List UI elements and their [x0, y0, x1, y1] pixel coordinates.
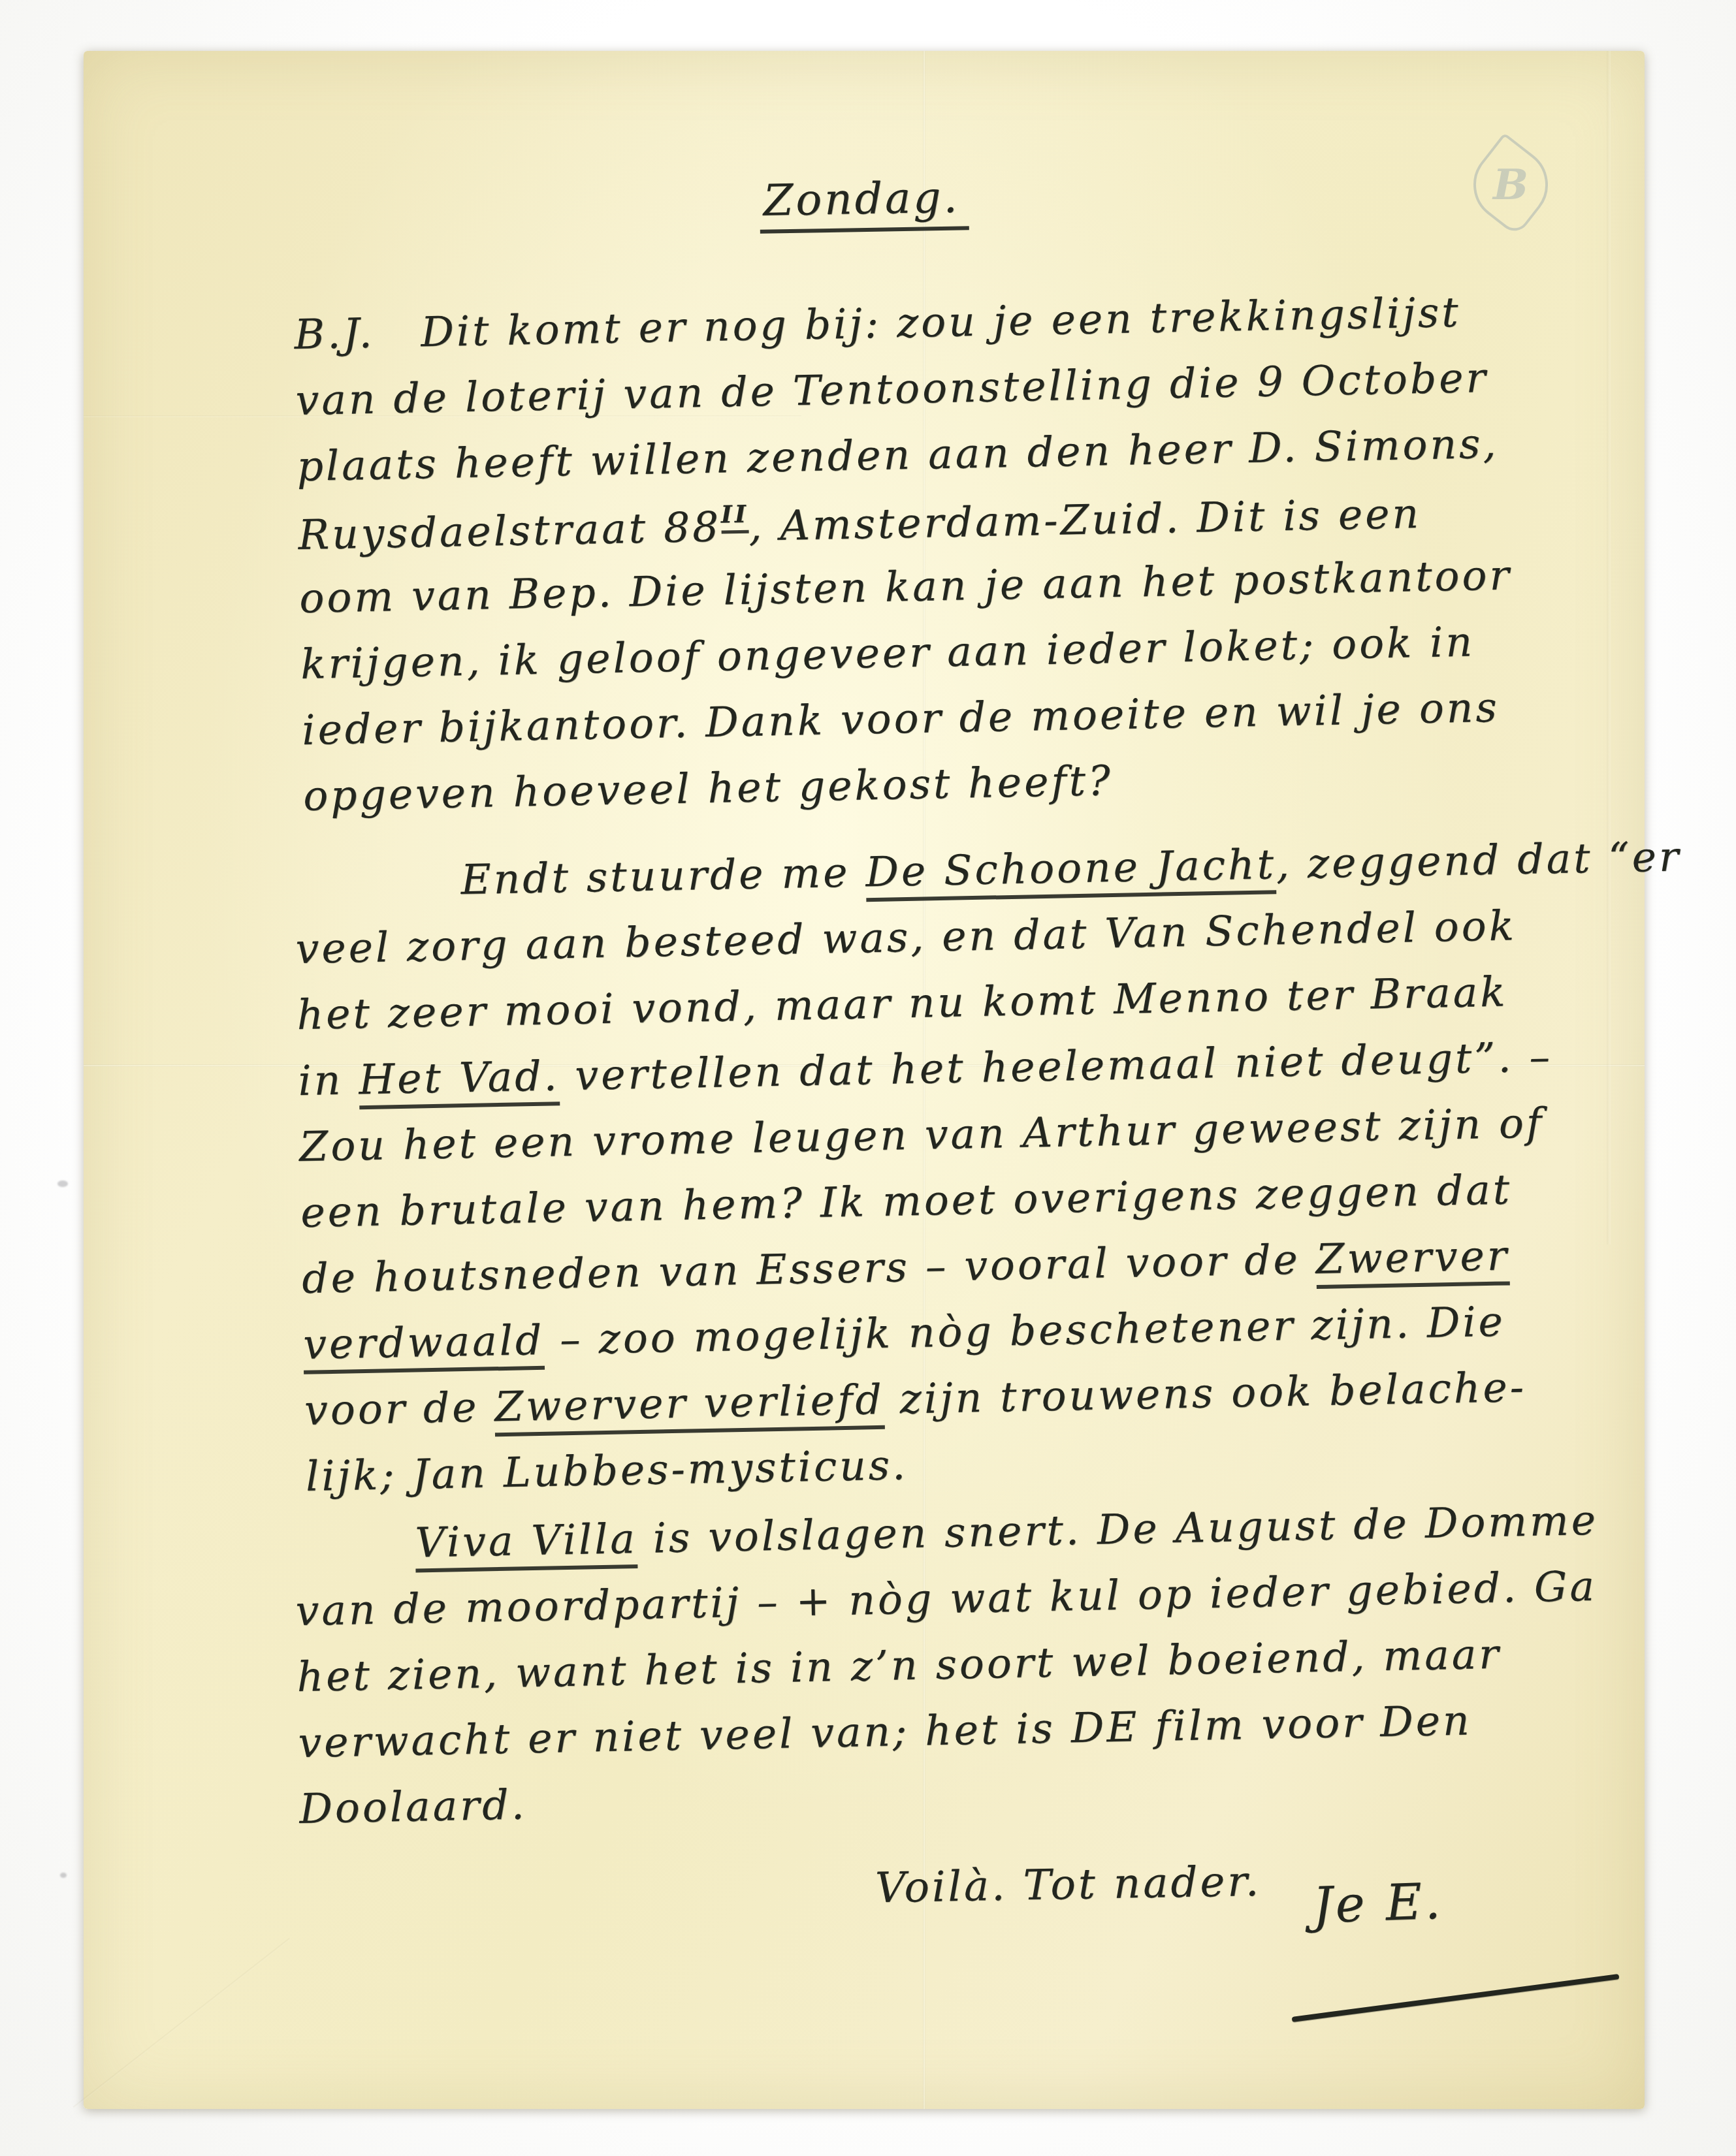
paragraph: Endt stuurde me De Schoone Jacht, zeggen…: [294, 832, 1694, 1519]
text-run: voor de: [304, 1383, 496, 1435]
signature-flourish: [1292, 1974, 1620, 2022]
text-run: Ruysdaelstraat 88: [298, 503, 722, 559]
corner-crease: [73, 1938, 291, 2108]
scan-smudge: [60, 1873, 67, 1878]
underlined-run: verdwaald: [303, 1316, 545, 1374]
underlined-run: II: [720, 500, 748, 534]
scan-smudge: [57, 1181, 68, 1187]
paragraph: Viva Villa is volslagen snert. De August…: [294, 1497, 1604, 1851]
paragraph: B.J. Dit komt er nog bij: zou je een tre…: [294, 287, 1516, 838]
text-run: , zeggend dat “er: [1276, 832, 1682, 888]
letter-dateline: Zondag.: [84, 160, 1645, 238]
scan-background: B Zondag. B.J. Dit komt er nog bij: zou …: [0, 0, 1736, 2156]
text-run: B.J. Dit komt er nog bij: zou je een tre…: [294, 289, 1461, 358]
text-run: Doolaard.: [299, 1781, 527, 1833]
letter-paper: B Zondag. B.J. Dit komt er nog bij: zou …: [84, 51, 1645, 2109]
underlined-run: Viva Villa: [415, 1515, 638, 1573]
signature: Je E.: [1312, 1872, 1444, 1935]
underlined-run: Zwerver: [1315, 1231, 1510, 1289]
underlined-run: Het Vad.: [359, 1052, 560, 1109]
closing-line: Voilà. Tot nader.: [875, 1858, 1261, 1912]
text-run: in: [298, 1056, 359, 1105]
text-run: , Amsterdam-Zuid. Dit is een: [748, 490, 1422, 550]
text-run: Endt stuurde me: [460, 848, 866, 904]
underlined-run: De Schoone Jacht: [865, 840, 1277, 902]
underlined-run: Zwerver verliefd: [494, 1376, 885, 1436]
dateline-text: Zondag.: [759, 172, 969, 234]
